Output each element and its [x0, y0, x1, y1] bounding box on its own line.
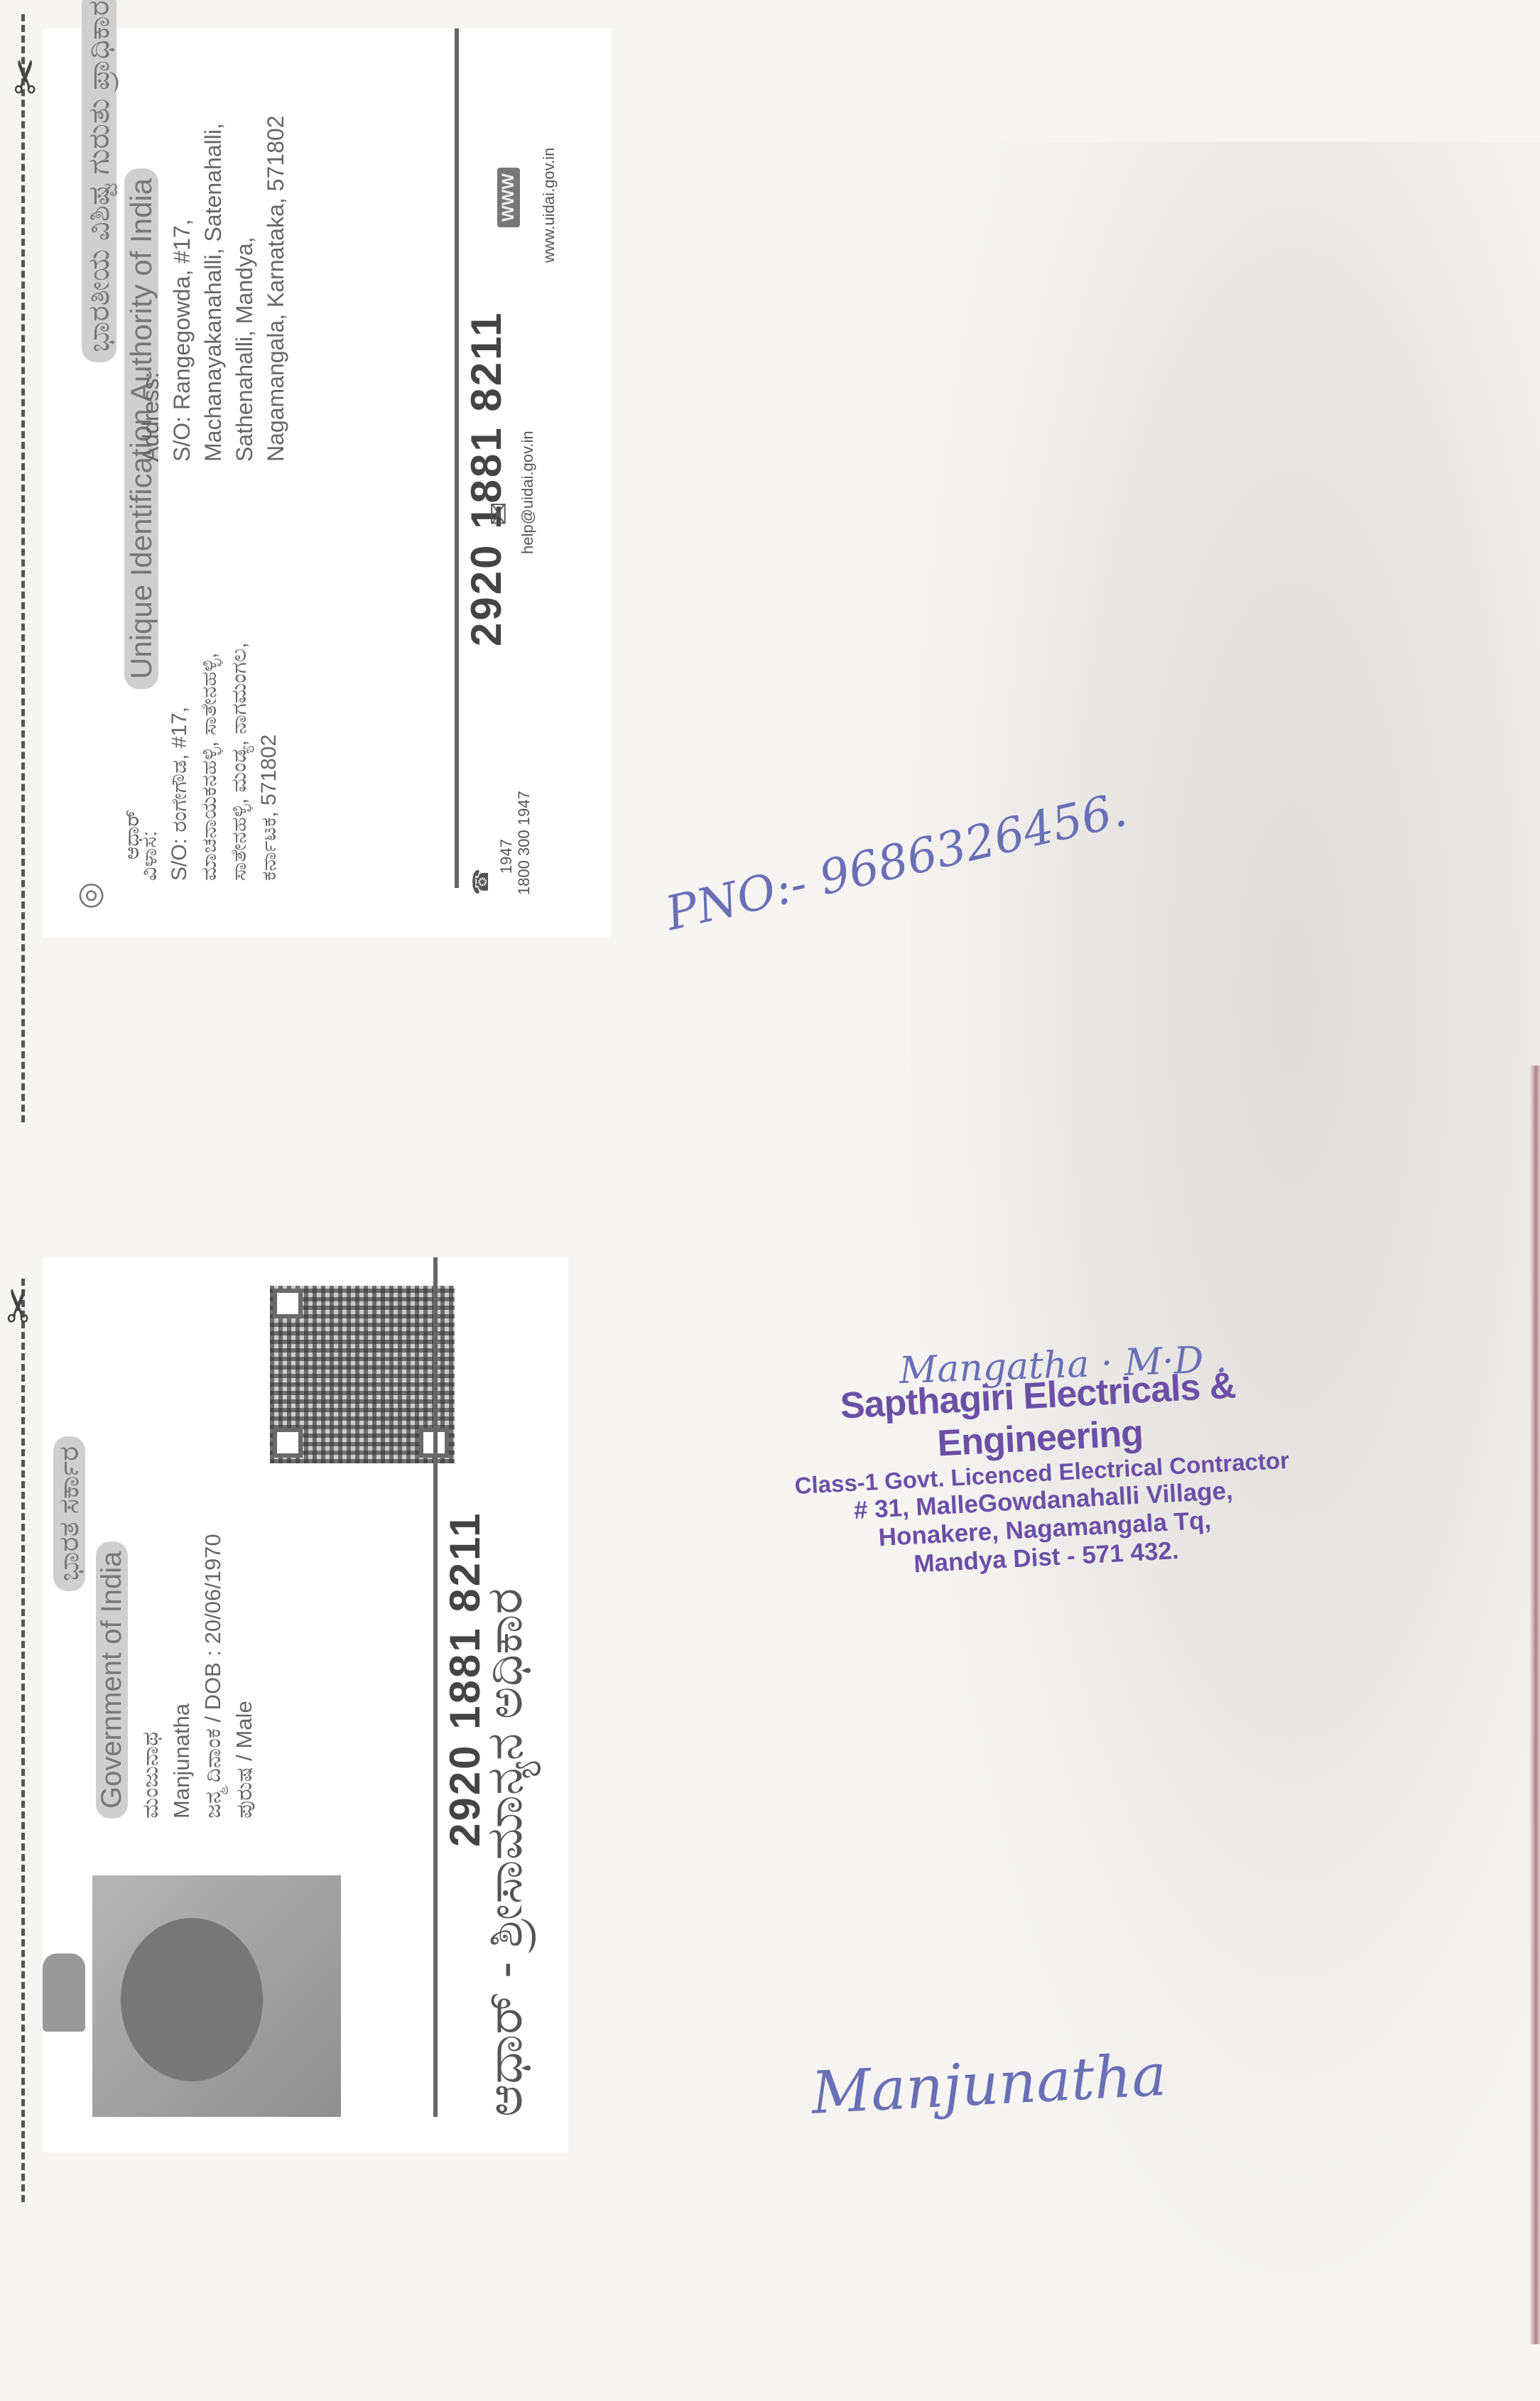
phone-full: 1800 300 1947: [515, 791, 533, 895]
gov-title-en: Government of India: [96, 1541, 128, 1819]
national-emblem-icon: [43, 1953, 85, 2032]
address-kn-line: S/O: ರಂಗೇಗೌಡ, #17,: [165, 642, 195, 881]
address-kn-label: ವಿಳಾಸ:: [135, 642, 165, 881]
address-en-line: Sathenahalli, Mandya,: [229, 116, 260, 462]
divider: [433, 1257, 438, 2117]
gender: ಪುರುಷ / Male: [229, 1534, 260, 1819]
uidai-title-kn: ಭಾರತೀಯ ವಿಶಿಷ್ಟ ಗುರುತು ಪ್ರಾಧಿಕಾರ: [82, 0, 116, 362]
address-kn-line: ಕರ್ನಾಟಕ, 571802: [254, 642, 284, 881]
address-kn-line: ಸಾತೇನಹಳ್ಳಿ, ಮಂಡ್ಯ, ನಾಗಮಂಗಲ,: [224, 642, 254, 881]
qr-corner: [273, 1289, 303, 1318]
page-edge: [1530, 1066, 1540, 2344]
dob: ಜನ್ಮ ದಿನಾಂಕ / DOB : 20/06/1970: [197, 1534, 229, 1819]
aadhaar-logo-icon: ◎: [71, 882, 107, 909]
address-en-line: Machanayakanahalli, Satenahalli,: [197, 116, 229, 462]
address-kn: ವಿಳಾಸ: S/O: ರಂಗೇಗೌಡ, #17, ಮಾಚನಾಯಕನಹಳ್ಳಿ,…: [135, 642, 284, 881]
hand-shadow: [909, 142, 1540, 2273]
holder-details: ಮಂಜುನಾಥ Manjunatha ಜನ್ಮ ದಿನಾಂಕ / DOB : 2…: [135, 1534, 260, 1819]
address-en: Address: S/O: Rangegowda, #17, Machanaya…: [135, 116, 291, 462]
address-kn-line: ಮಾಚನಾಯಕನಹಳ್ಳಿ, ಸಾತೇನಹಳ್ಳಿ,: [195, 642, 224, 881]
name-en: Manjunatha: [166, 1534, 197, 1819]
aadhaar-number: 2920 1881 8211: [462, 311, 511, 646]
company-stamp: Sapthagiri Electricals & Engineering Cla…: [767, 1360, 1317, 1586]
holder-photo: [92, 1875, 341, 2117]
mail-icon: ✉: [483, 502, 516, 526]
address-en-line: S/O: Rangegowda, #17,: [166, 116, 197, 462]
email: help@uidai.gov.in: [519, 430, 537, 554]
phone-short: 1947: [497, 839, 516, 874]
aadhaar-front-card: ಭಾರತ ಸರ್ಕಾರ Government of India ಮಂಜುನಾಥ …: [43, 1257, 568, 2152]
scissors-icon: ✂: [0, 1286, 45, 1325]
cut-line-bottom: [21, 1279, 25, 2202]
gov-title-kn: ಭಾರತ ಸರ್ಕಾರ: [53, 1436, 85, 1591]
holder-signature: Manjunatha: [810, 2042, 1168, 2128]
qr-code: [270, 1286, 455, 1463]
qr-corner: [273, 1428, 303, 1458]
address-en-label: Address:: [135, 116, 166, 462]
phone-icon: ☎: [469, 869, 494, 895]
aadhaar-back-card: ಭಾರತೀಯ ವಿಶಿಷ್ಟ ಗುರುತು ಪ್ರಾಧಿಕಾರ Unique I…: [43, 28, 611, 938]
cut-line-top: [21, 14, 25, 1122]
www-badge-icon: WWW: [497, 168, 520, 227]
address-en-line: Nagamangala, Karnataka, 571802: [260, 116, 291, 462]
face: [121, 1918, 263, 2081]
divider: [455, 28, 459, 888]
website: www.uidai.gov.in: [540, 148, 558, 263]
name-kn: ಮಂಜುನಾಥ: [135, 1534, 166, 1819]
phone-note: PNO:- 9686326456.: [661, 782, 1132, 941]
tagline-kn: ಆಧಾರ್ - ಶ್ರೀಸಾಮಾನ್ಯನ ಅಧಿಕಾರ: [476, 1588, 534, 2117]
